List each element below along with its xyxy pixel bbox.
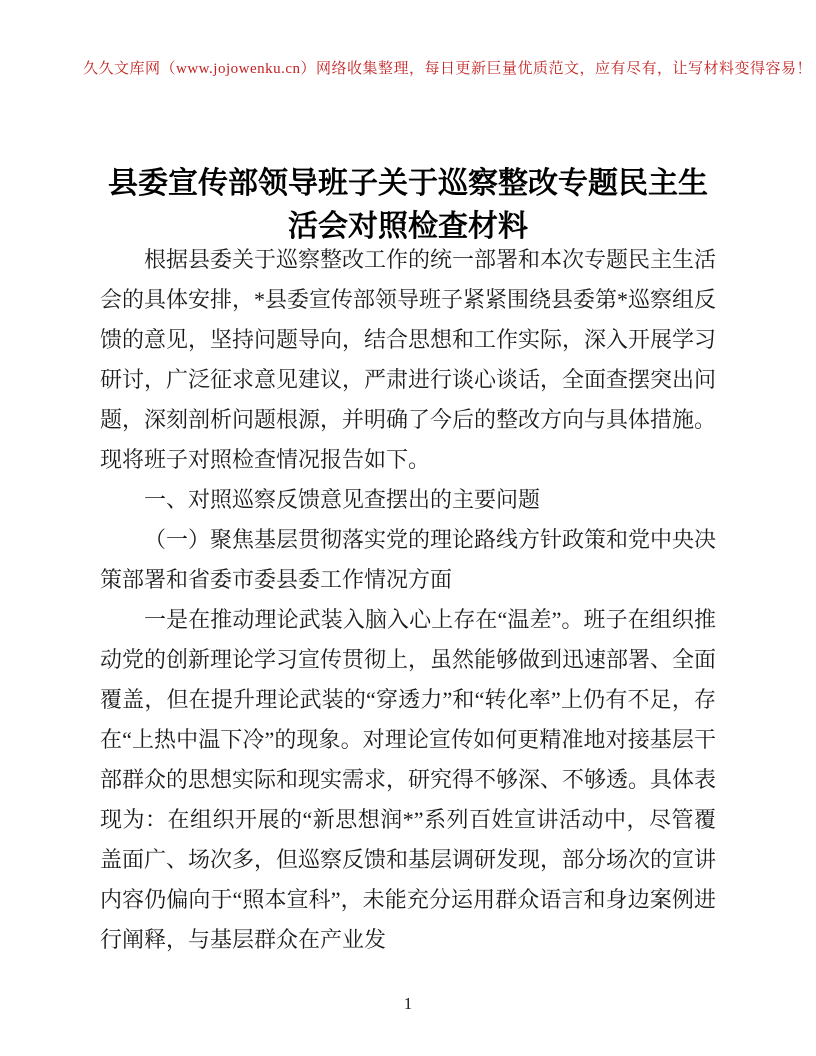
document-title: 县委宣传部领导班子关于巡察整改专题民主生活会对照检查材料 — [100, 162, 716, 248]
paragraph-intro: 根据县委关于巡察整改工作的统一部署和本次专题民主生活会的具体安排，*县委宣传部领… — [100, 240, 716, 480]
page-number: 1 — [0, 994, 816, 1014]
document-body: 根据县委关于巡察整改工作的统一部署和本次专题民主生活会的具体安排，*县委宣传部领… — [100, 240, 716, 960]
header-watermark: 久久文库网（www.jojowenku.cn）网络收集整理，每日更新巨量优质范文… — [83, 58, 776, 80]
section-heading: 一、对照巡察反馈意见查摆出的主要问题 — [100, 480, 716, 520]
subsection-heading: （一）聚焦基层贯彻落实党的理论路线方针政策和党中央决策部署和省委市委县委工作情况… — [100, 520, 716, 600]
document-page: 久久文库网（www.jojowenku.cn）网络收集整理，每日更新巨量优质范文… — [0, 0, 816, 1056]
paragraph-issue-one: 一是在推动理论武装入脑入心上存在“温差”。班子在组织推动党的创新理论学习宣传贯彻… — [100, 600, 716, 960]
